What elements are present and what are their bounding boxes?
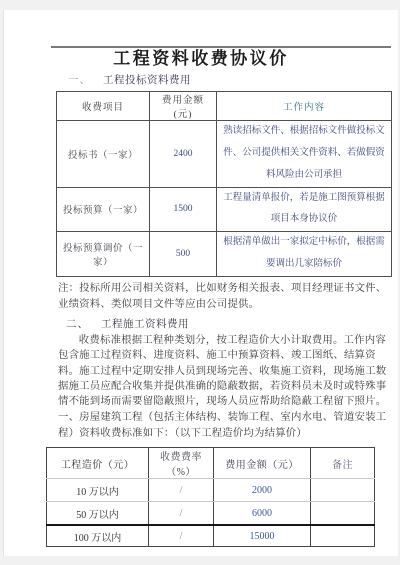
- building-works-subheading: 一、房屋建筑工程（包括主体结构、装饰工程、室内水电、管道安装工程）资料收费标准如…: [58, 410, 392, 441]
- pricing-header-row: 工程造价（元） 收费费率（%） 费用金额（元） 备注: [47, 448, 375, 479]
- project-cost-cell: 100 万以内: [47, 525, 149, 547]
- project-cost-cell: 50 万以内: [47, 502, 149, 525]
- header-fee-rate: 收费费率（%）: [149, 448, 214, 479]
- section2-label: 工程施工资料费用: [101, 319, 189, 330]
- document-page: 工程资料收费协议价 一、工程投标资料费用 收费项目 费用金额(元) 工作内容 投…: [3, 10, 398, 556]
- fee-amount-cell: 6000: [214, 502, 311, 525]
- section2-number: 二、: [66, 319, 89, 330]
- page-title: 工程资料收费协议价: [4, 49, 398, 69]
- fee-rate-cell: /: [149, 479, 214, 502]
- fee-item-cell: 投标书（一家）: [57, 121, 150, 188]
- section1-heading: 一、工程投标资料费用: [68, 73, 398, 88]
- header-project-cost: 工程造价（元）: [47, 448, 149, 479]
- section1-label: 工程投标资料费用: [103, 75, 191, 86]
- title-top-rule: [51, 46, 391, 48]
- project-cost-cell: 10 万以内: [47, 479, 149, 502]
- header-work-content: 工作内容: [217, 92, 392, 121]
- fee-amount-cell: 2000: [214, 479, 311, 502]
- fee-amount-cell: 15000: [214, 525, 311, 547]
- fee-amount-cell: 500: [150, 232, 217, 277]
- bidding-note-text: 注：投标所用公司相关资料，比如财务相关报表、项目经理证书文件、业绩资料、类似项目…: [58, 281, 392, 314]
- work-content-cell: 工程量清单报价，若是施工图预算根据项目本身协议价: [217, 187, 392, 232]
- construction-fee-paragraph: 收费标准根据工程种类划分，按工程造价大小计取费用。工作内容包含施工过程资料、进度…: [58, 333, 392, 409]
- fee-amount-cell: 1500: [150, 187, 217, 232]
- table-header-row: 收费项目 费用金额(元) 工作内容: [57, 92, 392, 121]
- fee-rate-cell: /: [149, 525, 214, 547]
- work-content-cell: 熟读招标文件、根据招标文件做投标文件、公司提供相关文件资料、若做假资料风险由公司…: [217, 121, 392, 188]
- section1-number: 一、: [68, 75, 91, 86]
- table-row: 50 万以内 / 6000: [47, 502, 375, 525]
- fee-item-cell: 投标预算调价（一家）: [57, 232, 150, 277]
- work-content-cell: 根据清单做出一家拟定中标价，根据需要调出几家陪标价: [217, 232, 392, 277]
- section2-heading: 二、工程施工资料费用: [66, 317, 398, 332]
- remark-cell: [311, 525, 375, 547]
- table-row: 10 万以内 / 2000: [47, 479, 375, 502]
- pricing-table: 工程造价（元） 收费费率（%） 费用金额（元） 备注 10 万以内 / 2000…: [46, 447, 375, 547]
- table-row: 100 万以内 / 15000: [47, 525, 375, 547]
- header-fee-amount: 费用金额(元): [150, 92, 217, 121]
- fee-amount-cell: 2400: [150, 121, 217, 188]
- table-row: 投标预算调价（一家） 500 根据清单做出一家拟定中标价，根据需要调出几家陪标价: [57, 232, 392, 277]
- header-fee-amount: 费用金额（元）: [214, 448, 311, 479]
- bidding-fees-table: 收费项目 费用金额(元) 工作内容 投标书（一家） 2400 熟读招标文件、根据…: [56, 91, 392, 277]
- header-fee-item: 收费项目: [57, 92, 150, 121]
- header-remark: 备注: [311, 448, 375, 479]
- fee-item-cell: 投标预算（一家）: [57, 187, 150, 232]
- table-row: 投标书（一家） 2400 熟读招标文件、根据招标文件做投标文件、公司提供相关文件…: [57, 121, 392, 188]
- remark-cell: [311, 479, 375, 502]
- fee-rate-cell: /: [149, 502, 214, 525]
- remark-cell: [311, 502, 375, 525]
- table-row: 投标预算（一家） 1500 工程量清单报价，若是施工图预算根据项目本身协议价: [57, 187, 392, 232]
